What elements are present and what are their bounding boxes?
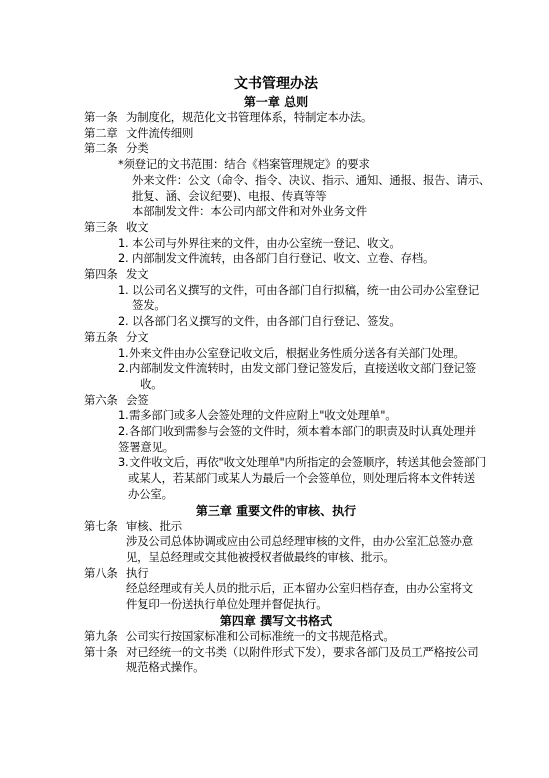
document-page: 文书管理办法 第一章 总则 第一条为制度化，规范化文书管理体系，特制定本办法。 … bbox=[84, 74, 468, 676]
article-title: 执行 bbox=[126, 566, 148, 580]
article-title: 会签 bbox=[126, 393, 148, 407]
article-2-note: *须登记的文书范围：结合《档案管理规定》的要求 bbox=[84, 157, 468, 173]
list-item: 2.内部制发文件流转时，由发文部门登记签发后，直接送收文部门登记签 bbox=[84, 361, 468, 377]
article-9: 第九条公司实行按国家标准和公司标准统一的文书规范格式。 bbox=[84, 629, 468, 645]
list-item: 1.以公司名义撰写的文件，可由各部门自行拟稿，统一由公司办公室登记 bbox=[84, 283, 468, 299]
article-8-body-cont: 件复印一份送执行单位处理并督促执行。 bbox=[84, 597, 468, 613]
article-7: 第七条审核、批示 bbox=[84, 519, 468, 535]
article-label: 第九条 bbox=[84, 629, 126, 645]
chapter-4-heading: 第四章 撰写文书格式 bbox=[84, 613, 468, 629]
article-5: 第五条分文 bbox=[84, 330, 468, 346]
article-10: 第十条对已经统一的文书类（以附件形式下发），要求各部门及员工严格按公司 bbox=[84, 645, 468, 661]
list-item: 2.内部制发文件流转，由各部门自行登记、收文、立卷、存档。 bbox=[84, 251, 468, 267]
article-label: 第八条 bbox=[84, 566, 126, 582]
article-7-body-cont: 见，呈总经理或交其他被授权者做最终的审核、批示。 bbox=[84, 550, 468, 566]
article-1: 第一条为制度化，规范化文书管理体系，特制定本办法。 bbox=[84, 110, 468, 126]
article-title: 收文 bbox=[126, 220, 148, 234]
article-2-external-cont: 批复、涵、会议纪要)、电报、传真等等 bbox=[84, 189, 468, 205]
list-item: 2.各部门收到需参与会签的文件时，须本着本部门的职责及时认真处理并 bbox=[84, 424, 468, 440]
list-item: 3.文件收文后，再依"收文处理单"内所指定的会签顺序，转送其他会签部门 bbox=[84, 455, 468, 471]
list-item-cont: 收。 bbox=[84, 377, 468, 393]
article-label: 第六条 bbox=[84, 393, 126, 409]
article-label: 第一条 bbox=[84, 110, 126, 126]
list-item-cont: 办公室。 bbox=[84, 487, 468, 503]
list-item-cont: 签发。 bbox=[84, 298, 468, 314]
article-text: 公司实行按国家标准和公司标准统一的文书规范格式。 bbox=[126, 629, 395, 643]
article-label: 第二章 bbox=[84, 126, 126, 142]
list-item: 1.需多部门或多人会签处理的文件应附上"收文处理单"。 bbox=[84, 408, 468, 424]
article-8-body: 经总经理或有关人员的批示后，正本留办公室归档存查，由办公室将文 bbox=[84, 581, 468, 597]
article-4: 第四条发文 bbox=[84, 267, 468, 283]
list-item-cont: 或某人，若某部门或某人为最后一个会签单位，则处理后将本文件转送 bbox=[84, 471, 468, 487]
article-title: 审核、批示 bbox=[126, 519, 182, 533]
article-3: 第三条收文 bbox=[84, 220, 468, 236]
article-2-internal: 本部制发文件：本公司内部文件和对外业务文件 bbox=[84, 204, 468, 220]
article-2-external: 外来文件：公文（命令、指令、决议、指示、通知、通报、报告、请示、 bbox=[84, 173, 468, 189]
article-text: 对已经统一的文书类（以附件形式下发），要求各部门及员工严格按公司 bbox=[126, 645, 478, 659]
article-title: 分文 bbox=[126, 330, 148, 344]
article-label: 第十条 bbox=[84, 645, 126, 661]
chapter-1-heading: 第一章 总则 bbox=[84, 94, 468, 110]
list-item: 1.本公司与外界往来的文件，由办公室统一登记、收文。 bbox=[84, 236, 468, 252]
article-7-body: 涉及公司总体协调或应由公司总经理审核的文件，由办公室汇总签办意 bbox=[84, 534, 468, 550]
article-title: 发文 bbox=[126, 267, 148, 281]
article-text: 为制度化，规范化文书管理体系，特制定本办法。 bbox=[126, 110, 372, 124]
article-label: 第三条 bbox=[84, 220, 126, 236]
article-label: 第五条 bbox=[84, 330, 126, 346]
article-8: 第八条执行 bbox=[84, 566, 468, 582]
list-item-cont: 签署意见。 bbox=[84, 440, 468, 456]
article-10-cont: 规范格式操作。 bbox=[84, 660, 468, 676]
article-text: 分类 bbox=[126, 141, 148, 155]
article-2: 第二条分类 bbox=[84, 141, 468, 157]
list-item: 2.以各部门名义撰写的文件，由各部门自行登记、签发。 bbox=[84, 314, 468, 330]
article-6: 第六条会签 bbox=[84, 393, 468, 409]
article-label: 第七条 bbox=[84, 519, 126, 535]
article-label: 第四条 bbox=[84, 267, 126, 283]
article-label: 第二条 bbox=[84, 141, 126, 157]
list-item: 1.外来文件由办公室登记收文后，根据业务性质分送各有关部门处理。 bbox=[84, 346, 468, 362]
document-title: 文书管理办法 bbox=[84, 74, 468, 94]
chapter-3-heading: 第三章 重要文件的审核、执行 bbox=[84, 503, 468, 519]
article-text: 文件流传细则 bbox=[126, 126, 193, 140]
chapter-2-heading: 第二章文件流传细则 bbox=[84, 126, 468, 142]
